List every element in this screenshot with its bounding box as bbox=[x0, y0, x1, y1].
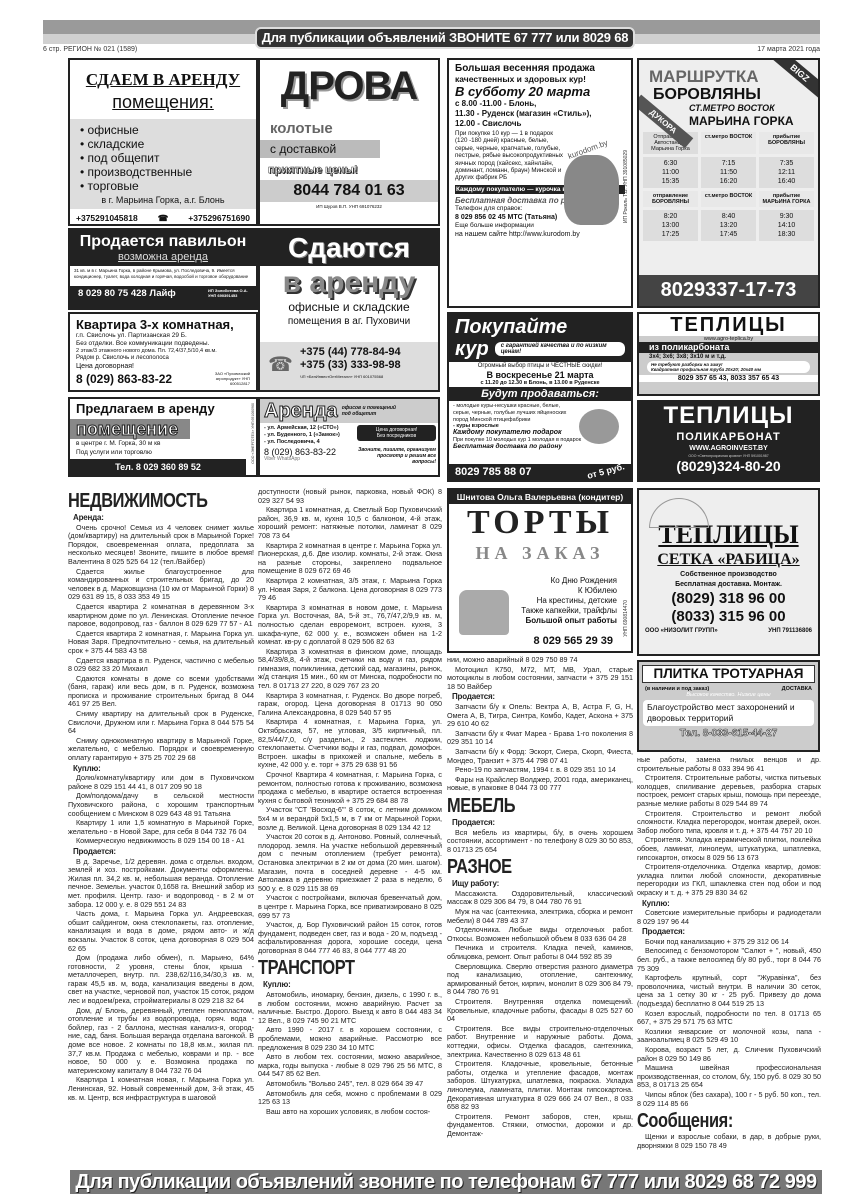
ad-date: В субботу 20 марта bbox=[455, 84, 625, 99]
ad-footer: 8029 785 88 07 от 5 руб. bbox=[449, 464, 631, 480]
listing: Машина швейная профессиональная производ… bbox=[637, 1064, 821, 1090]
list-item: • офисные bbox=[80, 123, 246, 137]
listing: Строителя. Укладка керамической плитки, … bbox=[637, 836, 821, 862]
listing: Квартира 2 комнатная, 3/5 этаж, г. Марьи… bbox=[258, 577, 442, 603]
timetable-cell: 8:4013:2017:45 bbox=[701, 210, 756, 241]
timetable-header: ст.метро ВОСТОК bbox=[701, 191, 756, 207]
footer-banner: Для публикации объявлений звоните по тел… bbox=[70, 1170, 822, 1194]
listing: Сниму однокомнатную квартиру в Марьиной … bbox=[68, 737, 254, 763]
ad-title: Продается павильон bbox=[70, 232, 256, 251]
ad-phone: 8029 357 65 43, 8033 357 65 43 bbox=[639, 375, 818, 382]
ad-body: 31 кв. м в г. Марьина Горка, в районе Кр… bbox=[70, 266, 256, 286]
ad-line2: с доставкой bbox=[260, 140, 380, 158]
ad-price: Цена договорная! bbox=[76, 363, 250, 371]
listing: Сверловщика. Сверлю отверстия разного ди… bbox=[447, 963, 633, 997]
listing: Ваш авто на хороших условиях, в любом со… bbox=[258, 1108, 442, 1117]
ad-sizes: 3х4; 3х6; 3х8; 3х10 м и т.д. bbox=[639, 353, 818, 361]
listing: Автомобиль для себя, можно с проблемами … bbox=[258, 1090, 442, 1107]
section-heading-real-estate: НЕДВИЖИМОСТЬ bbox=[68, 490, 221, 512]
ad-title: Предлагаем в аренду bbox=[70, 399, 256, 419]
ad-side: Цена договорная!Без посредников Звоните,… bbox=[355, 423, 438, 467]
ad-price-box: Цена договорная!Без посредников bbox=[357, 425, 436, 441]
ad-line3: приятные цены! bbox=[268, 164, 438, 176]
listing: Очень срочно! Семья из 4 человек снимет … bbox=[68, 524, 254, 567]
ad-title: Аренда bbox=[260, 399, 342, 423]
ad-title: ДРОВА bbox=[260, 64, 438, 108]
address-list: - ул. Армейская, 12 («СТО») - ул. Буденн… bbox=[260, 423, 355, 467]
ad-phone: +375 (33) 333-98-98 bbox=[300, 359, 432, 372]
ad-phone: (8029) 318 96 00 bbox=[639, 590, 818, 608]
ad-title: Большая весенняя продажа bbox=[455, 63, 625, 74]
ad-rent-puhovichi: Сдаются в аренду офисные и складские пом… bbox=[258, 228, 440, 392]
listing: Дом/полдома/дачу в сельской местности Пу… bbox=[68, 792, 254, 818]
listing: Строителя. Кладочные, кровельные, бетонн… bbox=[447, 1060, 633, 1112]
ad-line: Без отделки. Все коммуникации подведены. bbox=[76, 340, 250, 348]
listing: Корова, возраст 5 лет, д. Сличник Пухови… bbox=[637, 1046, 821, 1063]
ad-subtitle: ПОЛИКАРБОНАТ bbox=[639, 430, 818, 444]
listing: Фары на Крайслер Волджер, 2001 года, аме… bbox=[447, 776, 633, 793]
ad-site: WWW.AGROINVEST.BY bbox=[639, 444, 818, 454]
ad-line: помещения в аг. Пуховичи bbox=[260, 315, 438, 328]
ad-title: СДАЕМ В АРЕНДУ bbox=[70, 70, 256, 90]
section-heading-misc: РАЗНОЕ bbox=[447, 856, 600, 878]
listing: Картофель крупный, сорт "Журавінка", без… bbox=[637, 974, 821, 1008]
ad-phone: 8029337-17-73 bbox=[639, 275, 818, 306]
subsection-sell: Продается: bbox=[73, 848, 254, 857]
listing: Срочно! Квартира 4 комнатная, г. Марьина… bbox=[258, 771, 442, 805]
ad-phone-row: 8 (029) 863-83-22 ЗАО «Пуховичский агроп… bbox=[76, 371, 250, 386]
ad-subtitle: возможна аренда bbox=[70, 251, 256, 263]
ad-phone: (8029)324-80-20 bbox=[639, 458, 818, 474]
listing: Строителя. Строительные работы, чистка п… bbox=[637, 774, 821, 808]
ad-subtitle: офисов и помещений под общепит bbox=[342, 405, 402, 417]
ad-title: Квартира 3-х комнатная, bbox=[76, 317, 250, 332]
listing: Автомобиль, иномарку, бензин, дизель, с … bbox=[258, 991, 442, 1025]
ad-header: Покупайте кур с гарантией качества и по … bbox=[449, 314, 631, 362]
ad-subtitle: из поликарбоната bbox=[639, 342, 818, 353]
classifieds-column-1: НЕДВИЖИМОСТЬ Аренда: Очень срочно! Семья… bbox=[68, 488, 254, 1168]
listing: В д. Заречье, 1/2 деревян. дома с отдель… bbox=[68, 858, 254, 910]
chickens-image bbox=[579, 409, 619, 444]
ad-phones: +375291045818 ☎ +375296751690 bbox=[70, 209, 256, 226]
listing: Вся мебель из квартиры, б/у, в очень хор… bbox=[447, 829, 633, 855]
listing: Квартира 4 комнатная, г. Марьина Горка, … bbox=[258, 718, 442, 770]
schedule-line: 11.30 - Руденск (магазин «Стиль»), bbox=[455, 109, 625, 119]
ad-unp: ЧП «БелИнвестОптМеталл» УНП 601075568 bbox=[300, 374, 432, 379]
classifieds-column-2: доступности (новый рынок, парковка, новы… bbox=[258, 488, 442, 1168]
ad-greenhouse-3: ТЕПЛИЦЫ СЕТКА «РАБИЦА» Собственное произ… bbox=[637, 488, 820, 656]
listing: Запчасти б/у к Форд: Эскорт, Сиера, Скор… bbox=[447, 748, 633, 765]
subsection-buy: Куплю: bbox=[642, 900, 821, 909]
ad-body: При покупке 10 кур — 1 в подарок (120 -1… bbox=[455, 130, 565, 182]
ad-author: Шнитова Ольга Валерьевна (кондитер) bbox=[449, 490, 631, 504]
ad-line1: колотые bbox=[270, 120, 438, 137]
listing: нии, можно аварийный 8 029 750 89 74 bbox=[447, 656, 633, 665]
listing: Сдается квартира в п. Руденск, частично … bbox=[68, 657, 254, 674]
listing: Квартиру 1 или 1,5 комнатную в Марьиной … bbox=[68, 819, 254, 836]
ad-title: ПЛИТКА ТРОТУАРНАЯ bbox=[642, 665, 815, 683]
ad-title2: помещение bbox=[70, 419, 190, 439]
ad-greenhouse-1: ТЕПЛИЦЫ www.agro-teplica.by из поликарбо… bbox=[637, 312, 820, 396]
listing: Участок "СТ 'Восход-6'" 8 соток, с летни… bbox=[258, 806, 442, 832]
listing: Сдается квартира 2 комнатная, г. Марьина… bbox=[68, 630, 254, 656]
ad-phone: Тел. 8-033-615-44-27 bbox=[639, 728, 818, 739]
route-line: БОРОВЛЯНЫ bbox=[653, 86, 818, 103]
ad-flat-3: Квартира 3-х комнатная, г.п. Свислочь ул… bbox=[68, 312, 258, 392]
ad-body: Ко Дню РожденияК ЮбилеюНа крестины, детс… bbox=[521, 576, 617, 626]
timetable-cell: 6:3011:0015:35 bbox=[643, 157, 698, 188]
listing: Козлики январские от молочной козы, папа… bbox=[637, 1028, 821, 1045]
ad-unp: ИП Рокель Т.В. УНП 391085029 bbox=[623, 150, 629, 223]
ad-body: - ул. Армейская, 12 («СТО») - ул. Буденн… bbox=[260, 423, 438, 467]
address-item: - ул. Буденного, 1 («Замок») bbox=[264, 432, 351, 439]
subsection-buy: Куплю: bbox=[263, 981, 442, 990]
listing: Бочки под канализацию + 375 29 312 06 14 bbox=[637, 938, 821, 947]
listing: Дом (продажа либо обмен), п. Марьино, 64… bbox=[68, 954, 254, 1006]
timetable-1: Отправление Автостанция Марьина Горка ст… bbox=[639, 128, 818, 245]
ad-title: Сдаются bbox=[260, 230, 438, 266]
section-heading-transport: ТРАНСПОРТ bbox=[258, 957, 409, 979]
ad-title2: кур bbox=[455, 338, 489, 360]
ad-chickens-sale: Большая весенняя продажа качественных и … bbox=[447, 58, 633, 308]
phone-icon: ☎ bbox=[268, 352, 293, 377]
premises-list: • офисные • складские • под общепит • пр… bbox=[70, 119, 256, 209]
listing: Рено-19 по запчастям, 1994 г. в. 8 029 3… bbox=[447, 766, 633, 775]
ad-call: Звоните, пишите, организуем просмотр и р… bbox=[357, 447, 436, 465]
route-line: СТ.МЕТРО ВОСТОК bbox=[689, 103, 818, 114]
timetable-header: отправление БОРОВЛЯНЫ bbox=[643, 191, 698, 207]
listing: Сниму квартиру на длительный срок в Руде… bbox=[68, 710, 254, 736]
listing: Щенки и взрослые собаки, в дар, в добрые… bbox=[637, 1133, 821, 1150]
ad-tiles: ПЛИТКА ТРОТУАРНАЯ (в наличии и под заказ… bbox=[637, 660, 820, 752]
ad-title: ТЕПЛИЦЫ bbox=[639, 402, 818, 430]
timetable-header: прибытие МАРЬИНА ГОРКА bbox=[759, 191, 814, 207]
issue-date: 17 марта 2021 года bbox=[757, 46, 820, 53]
listing: Запчасти б/у к Опель: Вектра А, В, Астра… bbox=[447, 703, 633, 729]
address-item: - ул. Последовича, 4 bbox=[264, 439, 351, 446]
ad-heading: Будут продаваться: bbox=[449, 387, 631, 401]
listing: доступности (новый рынок, парковка, новы… bbox=[258, 488, 442, 505]
listing: Сдается квартира 2 комнатная в деревянно… bbox=[68, 603, 254, 629]
ad-line: 2 этаж/3 этажного нового дома. Пл. 72,4/… bbox=[76, 348, 250, 355]
listing: Автомобиль "Вольво 245", тел. 8 029 664 … bbox=[258, 1080, 442, 1089]
classifieds-column-4: ные работы, замена гнилых венцов и др. с… bbox=[637, 756, 821, 1168]
ad-body: Благоустройство мест захоронений и дворо… bbox=[643, 700, 814, 726]
ad-title: ТЕПЛИЦЫ bbox=[639, 314, 818, 336]
subsection-looking-for-work: Ищу работу: bbox=[452, 880, 633, 889]
subsection-sell: Продается: bbox=[452, 819, 633, 828]
ad-delivery: ДОСТАВКА bbox=[782, 686, 812, 692]
ad-unp: ООО «ЭНЕРГОТЕХ» УНП 691060960 bbox=[251, 403, 255, 464]
subsection-sell: Продается: bbox=[452, 693, 633, 702]
ad-messengers: Viber WhatsApp bbox=[264, 456, 351, 463]
classifieds-column-3: нии, можно аварийный 8 029 750 89 74 Мот… bbox=[447, 656, 633, 1168]
ad-phone: 8 (029) 863-83-22 bbox=[264, 449, 351, 456]
ad-minibus: BIGZ ДУКОРА МАРШРУТКА БОРОВЛЯНЫ СТ.МЕТРО… bbox=[637, 58, 820, 308]
ad-arenda: Аренда офисов и помещений под общепит - … bbox=[258, 397, 440, 477]
header-banner: Для публикации объявлений ЗВОНИТЕ 67 777… bbox=[255, 27, 635, 49]
ad-phone: Тел. 8 029 360 89 52 bbox=[70, 459, 246, 475]
ad-pavilion: Продается павильон возможна аренда 31 кв… bbox=[68, 228, 258, 310]
ad-line: Бесплатная доставка. Монтаж. bbox=[639, 580, 818, 590]
listing: Квартира 3 комнатная в финском доме, пло… bbox=[258, 648, 442, 691]
ad-phone: 8 029 80 75 428 Лайф bbox=[78, 288, 176, 299]
ad-phone: 8 029 565 29 39 bbox=[533, 635, 613, 647]
address-item: - ул. Армейская, 12 («СТО») bbox=[264, 425, 351, 432]
ad-line: офисные и складские bbox=[260, 300, 438, 315]
listing: Квартира 1 комнатная, д. Светлый Бор Пух… bbox=[258, 506, 442, 540]
listing: Муж на час (сантехника, электрика, сборк… bbox=[447, 908, 633, 925]
greenhouse-image bbox=[649, 498, 709, 528]
route-line: МАРЬИНА ГОРКА bbox=[689, 114, 818, 128]
ad-cakes: Шнитова Ольга Валерьевна (кондитер) ТОРТ… bbox=[447, 488, 633, 653]
ad-unp: ЗАО «Пуховичский агропродукт» УНП 600512… bbox=[200, 371, 250, 386]
timetable-cell: 7:1511:5016:20 bbox=[701, 157, 756, 188]
listing: Строителя. Все виды строительно-отделочн… bbox=[447, 1025, 633, 1059]
ad-offer-rent: Предлагаем в аренду помещение в центре г… bbox=[68, 397, 258, 477]
ad-title2: НА ЗАКАЗ bbox=[449, 542, 631, 564]
ad-header: Аренда офисов и помещений под общепит bbox=[260, 399, 438, 423]
ad-rent-premises: СДАЕМ В АРЕНДУ помещения: • офисные • ск… bbox=[68, 58, 258, 226]
listing: Квартира 3 комнатная, г. Руденск. Во дво… bbox=[258, 692, 442, 718]
ad-phone-row: 8 029 80 75 428 Лайф ИП Золоботова О.А. … bbox=[70, 286, 256, 301]
ad-greenhouse-2: ТЕПЛИЦЫ ПОЛИКАРБОНАТ WWW.AGROINVEST.BY О… bbox=[637, 400, 820, 482]
timetable-cell: 9:3014:1018:30 bbox=[759, 210, 814, 241]
ad-subtitle: СЕТКА «РАБИЦА» bbox=[639, 550, 818, 570]
subsection-buy: Куплю: bbox=[73, 765, 254, 774]
schedule-line: 12.00 - Свислочь bbox=[455, 119, 625, 129]
listing: Долю/комнату/квартиру или дом в Пуховичс… bbox=[68, 774, 254, 791]
listing: Дом, д/ Блонь, деревянный, утеплен пеноп… bbox=[68, 1007, 254, 1076]
listing: Коммерческую недвижимость 8 029 154 00 1… bbox=[68, 837, 254, 846]
ad-contact: ☎ +375 (44) 778-84-94 +375 (33) 333-98-9… bbox=[260, 342, 438, 390]
ad-phone: 8029 785 88 07 bbox=[455, 466, 531, 478]
listing: Строителя. Ремонт заборов, стен, крыш, ф… bbox=[447, 1113, 633, 1139]
section-heading-furniture: МЕБЕЛЬ bbox=[447, 795, 600, 817]
listing: Строителя. Строительство и ремонт любой … bbox=[637, 810, 821, 836]
subsection-rent: Аренда: bbox=[73, 514, 254, 523]
listing: Велосипед с бензомотором "Салют + ", нов… bbox=[637, 947, 821, 973]
ad-line: Собственное производство bbox=[639, 570, 818, 580]
ad-phone: 8 (029) 863-83-22 bbox=[76, 372, 172, 386]
ad-address: г.п. Свислочь ул. Партизанская 29 Б. bbox=[76, 332, 250, 340]
timetable-header: ст.метро ВОСТОК bbox=[701, 132, 756, 154]
list-item: • под общепит bbox=[80, 151, 246, 165]
section-heading-messages: Сообщения: bbox=[637, 1110, 788, 1132]
ad-notes: Не требуют разборки на зиму!Квадратная п… bbox=[647, 361, 810, 373]
ad-schedule: с 11.20 до 12.30 в Блонь, в 13.00 в Руде… bbox=[449, 380, 631, 387]
subsection-sell: Продается: bbox=[642, 928, 821, 937]
ad-title2: в аренду bbox=[260, 266, 438, 300]
cake-image bbox=[459, 590, 509, 635]
phone-icon: ☎ bbox=[158, 213, 169, 224]
ad-title2: качественных и здоровых кур! bbox=[455, 74, 625, 84]
listing: Массажиста. Оздоровительный, классически… bbox=[447, 890, 633, 907]
listing: Запчасти б/у к Фиат Мареа - Брава 1-го п… bbox=[447, 730, 633, 747]
listing: Строителя. Внутренняя отделка помещений.… bbox=[447, 998, 633, 1024]
listing: Квартира 1 комнатная новая, г. Марьина Г… bbox=[68, 1076, 254, 1102]
ad-unp: ИП Шуров В.П. УНП 691076232 bbox=[260, 204, 438, 209]
ad-phone: 8044 784 01 63 bbox=[260, 180, 438, 202]
listing: Часть дома, г. Марьина Горка ул. Андреев… bbox=[68, 910, 254, 953]
timetable-cell: 7:3512:1116:40 bbox=[759, 157, 814, 188]
listing: Отделочника. Любые виды отделочных работ… bbox=[447, 926, 633, 943]
listing: Советские измерительные приборы и радиод… bbox=[637, 909, 821, 926]
list-item: • производственные bbox=[80, 165, 246, 179]
listing: Авто 1990 - 2017 г. в хорошем состоянии,… bbox=[258, 1026, 442, 1052]
listing: Авто в любом тех. состоянии, можно авари… bbox=[258, 1053, 442, 1079]
list-item: • торговые bbox=[80, 179, 246, 193]
ad-date: В воскресенье 21 марта bbox=[449, 370, 631, 380]
page-number: 6 стр. РЕГИОН № 021 (1589) bbox=[43, 46, 137, 53]
timetable-header: прибытие БОРОВЛЯНЫ bbox=[759, 132, 814, 154]
listing: Печника и строителя. Кладка печей, камин… bbox=[447, 944, 633, 961]
ad-site: на нашем сайте http://www.kurodom.by bbox=[455, 230, 625, 239]
ad-firewood: ДРОВА колотые с доставкой приятные цены!… bbox=[258, 58, 440, 226]
listing: Козел взрослый, подробности по тел. 8 01… bbox=[637, 1010, 821, 1027]
ad-slogan: с гарантией качества и по низким ценам! bbox=[495, 342, 625, 356]
ad-subtitle: помещения: bbox=[70, 92, 256, 113]
listing: Квартира 2 комнатная в центре г. Марьина… bbox=[258, 542, 442, 576]
listing: Сдается жилье благоустроенное для команд… bbox=[68, 568, 254, 602]
ad-unp: УНП 690814470 bbox=[623, 600, 629, 637]
ad-line: в центре г. М. Горка, 30 м кв bbox=[70, 439, 256, 449]
ad-unp: ИП Золоботова О.А. УНП 690391453 bbox=[208, 288, 248, 299]
list-item: • складские bbox=[80, 137, 246, 151]
ad-line: Под услуги или торговлю bbox=[70, 449, 256, 457]
timetable-cell: 8:2013:0017:25 bbox=[643, 210, 698, 241]
ad-price: от 5 руб. bbox=[586, 461, 626, 482]
ad-footer: ООО «НИЗОЛИТ ГРУПП»УНП 791136806 bbox=[639, 626, 818, 636]
listing: ные работы, замена гнилых венцов и др. с… bbox=[637, 756, 821, 773]
listing: Мотоцикл К750, М72, МТ, МВ, Урал, старые… bbox=[447, 666, 633, 692]
ad-title: Покупайте bbox=[455, 316, 625, 338]
listing: Строителя-отделочника. Отделка квартир, … bbox=[637, 863, 821, 897]
ad-buy-chickens: Покупайте кур с гарантией качества и по … bbox=[447, 312, 633, 482]
chicken-image bbox=[564, 155, 619, 225]
ad-line: Огромный выбор птицы и ЧЕСТНЫЕ скидки! bbox=[449, 362, 631, 370]
schedule-line: с 8.00 -11.00 - Блонь, bbox=[455, 99, 625, 109]
listing: Участок, д. Бор Пуховичский район 15 сот… bbox=[258, 921, 442, 955]
listing: Участок 20 соток в д. Антоново. Ровный, … bbox=[258, 833, 442, 893]
ad-phone: +375 (44) 778-84-94 bbox=[300, 346, 432, 359]
listing: Квартира 3 комнатная в новом доме, г. Ма… bbox=[258, 604, 442, 647]
ad-phone: (8033) 315 96 00 bbox=[639, 608, 818, 626]
ad-line: Рядом р. Свислочь и лесополоса bbox=[76, 355, 250, 363]
ad-line: Высокое качество. Низкие цены bbox=[639, 692, 818, 698]
listing: Участок с постройками, включая бревенчат… bbox=[258, 894, 442, 920]
ad-title: ТОРТЫ bbox=[449, 504, 631, 542]
listing: Сдаются комнаты в доме со всеми удобства… bbox=[68, 675, 254, 709]
ad-location: в г. Марьина Горка, а.г. Блонь bbox=[80, 195, 246, 205]
listing: Чипсы яблок (без сахара), 100 г - 5 руб.… bbox=[637, 1091, 821, 1108]
